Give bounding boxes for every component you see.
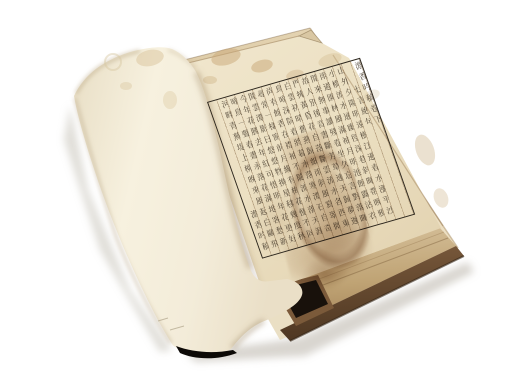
photo-canvas: 澹香吟稿卷下七言絶句山外夕陽明遠樹江邊春水漲平沙小橋流水通幽徑深巷斜暉帶晚鴉雨過… <box>0 0 520 390</box>
